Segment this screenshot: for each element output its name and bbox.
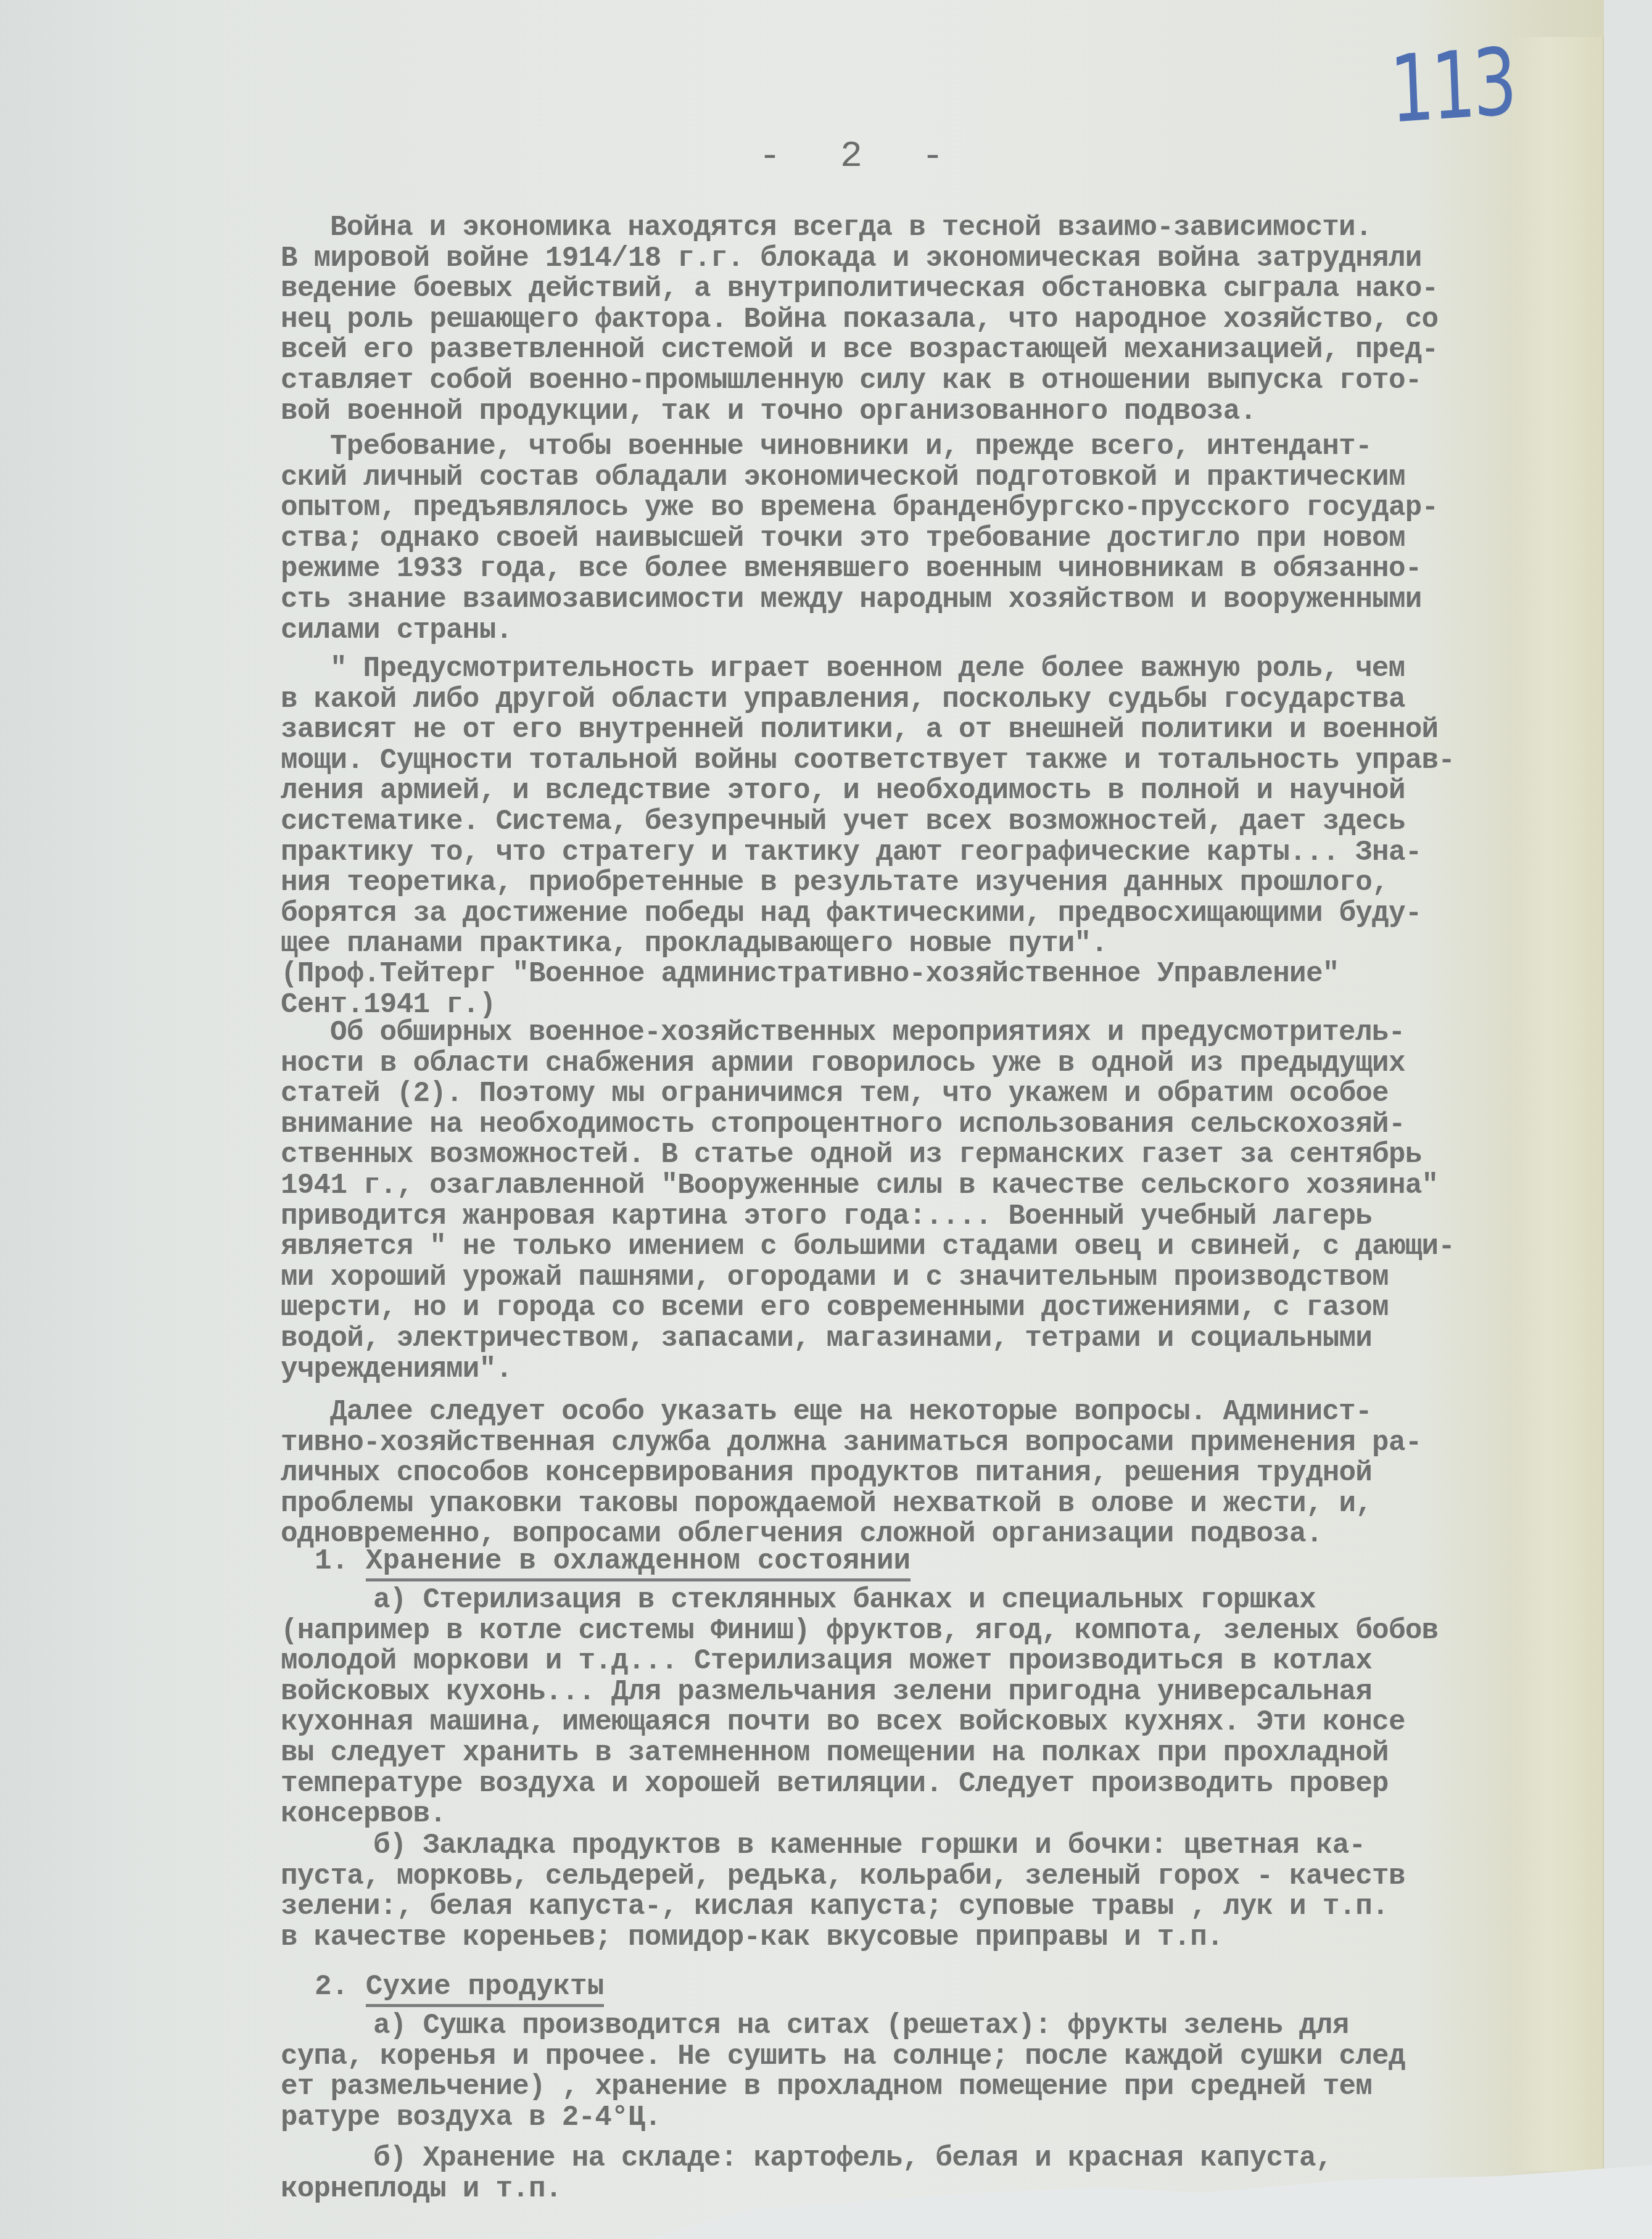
text-line: в качестве кореньев; помидор-как вкусовы… (281, 1923, 1619, 1953)
section-2-number: 2. (315, 1971, 349, 2003)
text-line: ведение боевых действий, а внутриполитич… (281, 274, 1619, 305)
text-line: приводится жанровая картина этого года:.… (281, 1202, 1619, 1232)
text-line: ственных возможностей. В статье одной из… (281, 1140, 1619, 1171)
text-line: ства; однако своей наивысшей точки это т… (281, 524, 1619, 555)
text-line: б) Хранение на складе: картофель, белая … (281, 2143, 1619, 2174)
text-line: Сент.1941 г.) (281, 990, 1619, 1021)
paragraph-war-and-economy: Война и экономика находятся всегда в тес… (281, 213, 1619, 427)
text-line: Далее следует особо указать еще на некот… (281, 1397, 1619, 1428)
text-line: всей его разветвленной системой и все во… (281, 335, 1619, 366)
text-line: а) Сушка производится на ситах (решетах)… (281, 2011, 1619, 2042)
paragraph-further-questions: Далее следует особо указать еще на некот… (281, 1397, 1619, 1550)
section-1-title: Хранение в охлажденном состоянии (366, 1545, 911, 1581)
text-line: б) Закладка продуктов в каменные горшки … (281, 1831, 1619, 1862)
text-line: практику то, что стратегу и тактику дают… (281, 838, 1619, 868)
text-line: корнеплоды и т.п. (281, 2174, 1619, 2205)
text-line: сть знание взаимозависимости между народ… (281, 585, 1619, 616)
page-number: - 2 - (759, 136, 962, 178)
text-line: молодой моркови и т.д... Стерилизация мо… (281, 1646, 1619, 1677)
text-line: пуста, морковь, сельдерей, редька, кольр… (281, 1862, 1619, 1892)
text-line: нец роль решающего фактора. Война показа… (281, 305, 1619, 336)
text-line: ления армией, и вследствие этого, и необ… (281, 776, 1619, 807)
text-line: силами страны. (281, 616, 1619, 646)
text-line: тивно-хозяйственная служба должна занима… (281, 1428, 1619, 1459)
text-line: " Предусмотрительность играет военном де… (281, 654, 1619, 685)
text-line: ставляет собой военно-промышленную силу … (281, 366, 1619, 397)
text-line: 1941 г., озаглавленной "Вооруженные силы… (281, 1171, 1619, 1202)
text-line: консервов. (281, 1799, 1619, 1830)
text-line: внимание на необходимость стопроцентного… (281, 1110, 1619, 1140)
section-1-item-a: а) Стерилизация в стеклянных банках и сп… (281, 1585, 1619, 1830)
text-line: мощи. Сущности тотальной войны соответст… (281, 746, 1619, 777)
text-line: (например в котле системы Финиш) фруктов… (281, 1616, 1619, 1647)
text-line: вы следует хранить в затемненном помещен… (281, 1738, 1619, 1769)
section-2-item-a: а) Сушка производится на ситах (решетах)… (281, 2011, 1619, 2133)
text-line: систематике. Система, безупречный учет в… (281, 807, 1619, 838)
text-line: статей (2). Поэтому мы ограничимся тем, … (281, 1079, 1619, 1110)
text-line: температуре воздуха и хорошей ветиляции.… (281, 1769, 1619, 1800)
text-line: в какой либо другой области управления, … (281, 685, 1619, 715)
text-line: проблемы упаковки таковы порождаемой нех… (281, 1489, 1619, 1520)
text-line: Война и экономика находятся всегда в тес… (281, 213, 1619, 244)
text-line: ности в области снабжения армии говорило… (281, 1049, 1619, 1079)
text-line: опытом, предъявлялось уже во времена бра… (281, 493, 1619, 524)
quote-block: " Предусмотрительность играет военном де… (281, 654, 1619, 960)
archive-folio-number: 113 (1388, 28, 1516, 144)
text-line: щее планами практика, прокладывающего но… (281, 929, 1619, 960)
text-line: а) Стерилизация в стеклянных банках и сп… (281, 1585, 1619, 1616)
text-line: вой военной продукции, так и точно орган… (281, 397, 1619, 427)
section-1-heading: 1. Хранение в охлажденном состоянии (315, 1545, 911, 1577)
text-line: Требование, чтобы военные чиновники и, п… (281, 432, 1619, 463)
text-line: борятся за достижение победы над фактиче… (281, 899, 1619, 930)
text-line: кухонная машина, имеющаяся почти во всех… (281, 1707, 1619, 1738)
text-line: войсковых кухонь... Для размельчания зел… (281, 1677, 1619, 1708)
section-2-item-b: б) Хранение на складе: картофель, белая … (281, 2143, 1619, 2204)
section-2-heading: 2. Сухие продукты (315, 1971, 604, 2003)
text-line: зелени:, белая капуста-, кислая капуста;… (281, 1892, 1619, 1923)
text-line: ский личный состав обладали экономическо… (281, 463, 1619, 493)
text-line: шерсти, но и города со всеми его совреме… (281, 1293, 1619, 1324)
text-line: ет размельчение) , хранение в прохладном… (281, 2072, 1619, 2103)
text-line: ратуре воздуха в 2-4°Ц. (281, 2103, 1619, 2134)
text-line: (Проф.Тейтерг "Военное административно-х… (281, 959, 1619, 990)
text-line: режиме 1933 года, все более вменявшего в… (281, 554, 1619, 585)
text-line: ми хороший урожай пашнями, огородами и с… (281, 1263, 1619, 1293)
quote-citation: (Проф.Тейтерг "Военное административно-х… (281, 959, 1619, 1020)
section-2-title: Сухие продукты (366, 1971, 604, 2007)
text-line: учреждениями". (281, 1355, 1619, 1385)
section-1-item-b: б) Закладка продуктов в каменные горшки … (281, 1831, 1619, 1953)
text-line: является " не только имением с большими … (281, 1232, 1619, 1263)
section-1-number: 1. (315, 1545, 349, 1577)
paragraph-requirements: Требование, чтобы военные чиновники и, п… (281, 432, 1619, 646)
text-line: ния теоретика, приобретенные в результат… (281, 868, 1619, 899)
text-line: Об обширных военное-хозяйственных меропр… (281, 1018, 1619, 1049)
text-line: личных способов консервирования продукто… (281, 1458, 1619, 1489)
text-line: зависят не от его внутренней политики, а… (281, 715, 1619, 746)
paragraph-military-economy: Об обширных военное-хозяйственных меропр… (281, 1018, 1619, 1385)
text-line: супа, коренья и прочее. Не сушить на сол… (281, 2042, 1619, 2072)
text-line: водой, электричеством, запасами, магазин… (281, 1324, 1619, 1355)
text-line: В мировой войне 1914/18 г.г. блокада и э… (281, 244, 1619, 274)
